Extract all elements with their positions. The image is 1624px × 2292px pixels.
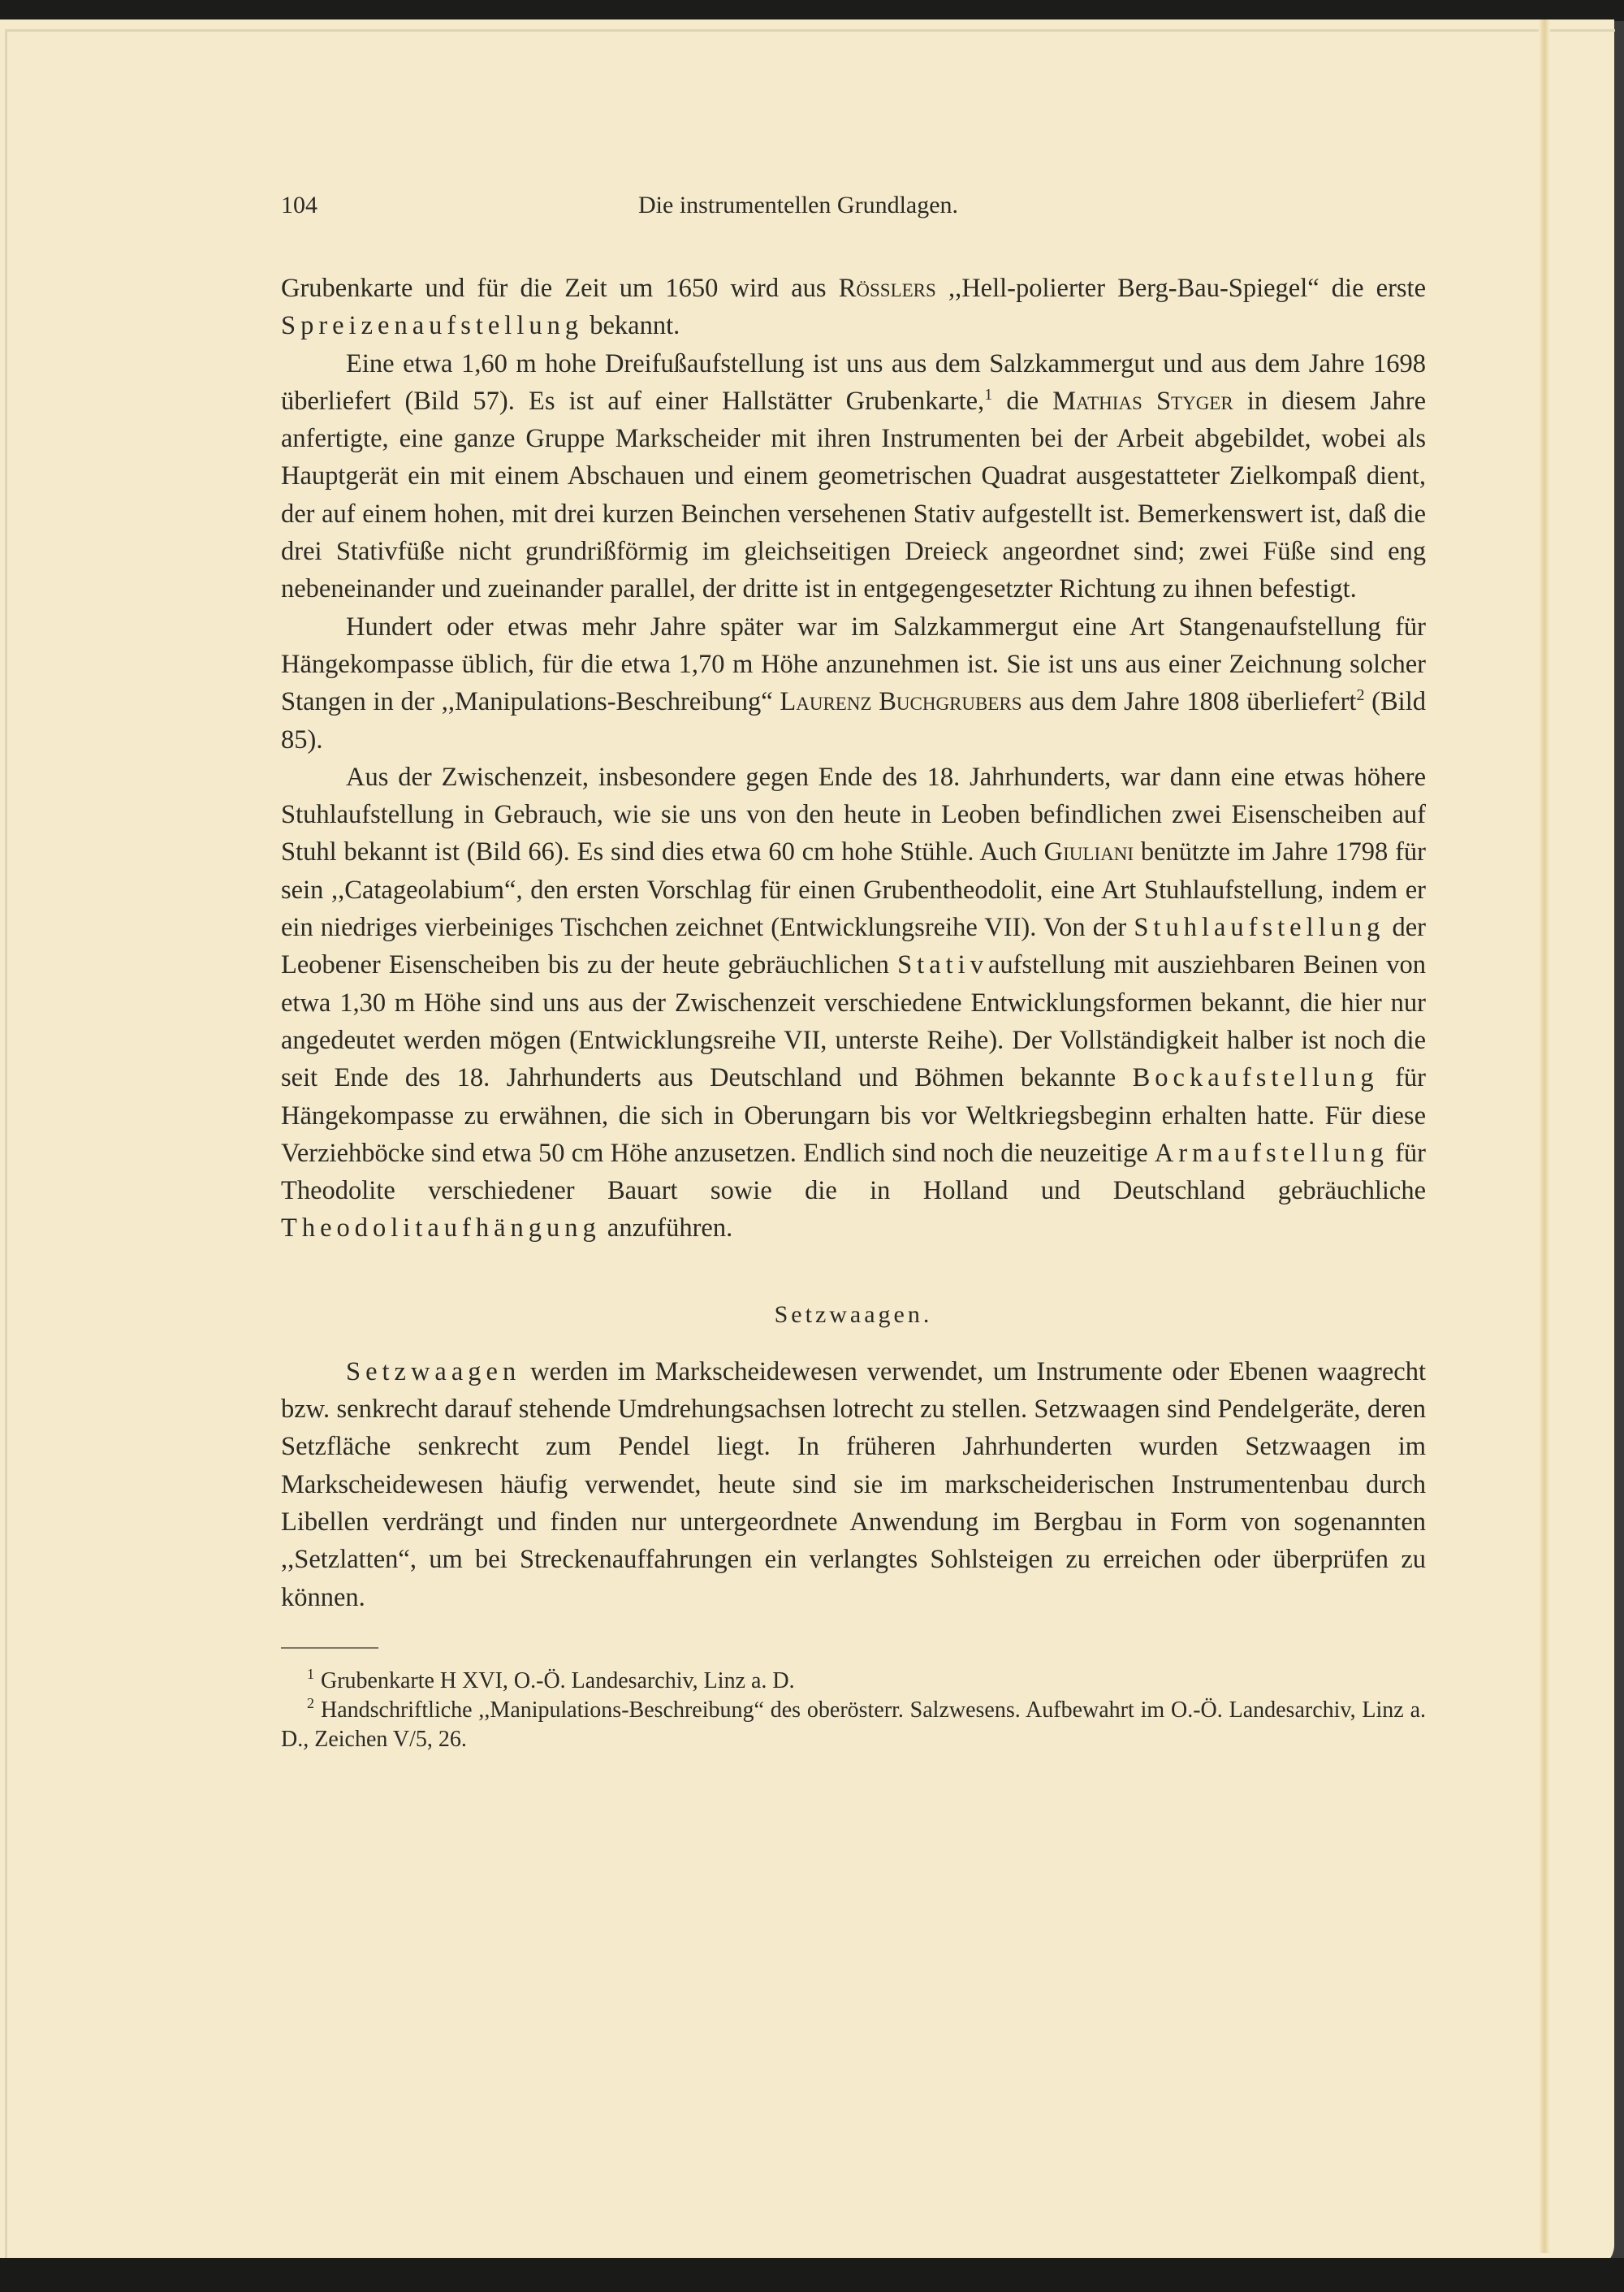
- text: anzuführen.: [601, 1213, 732, 1243]
- author-name: Laurenz Buchgrubers: [780, 687, 1021, 716]
- author-name: Rösslers: [839, 274, 936, 303]
- footnote-2: 2Handschriftliche ,,Manipulations-Beschr…: [281, 1696, 1426, 1754]
- emphasis-term: Bockaufstellung: [1133, 1063, 1379, 1092]
- author-name: Giuliani: [1044, 837, 1134, 867]
- author-name: Mathias Styger: [1052, 387, 1233, 416]
- paragraph-stangen: Hundert oder etwas mehr Jahre später war…: [281, 608, 1426, 759]
- footnote-text: Grubenkarte H XVI, O.-Ö. Landesarchiv, L…: [321, 1668, 795, 1693]
- footnote-mark: 2: [307, 1695, 314, 1711]
- emphasis-term: Stativ: [897, 950, 988, 980]
- emphasis-term: Armaufstellung: [1155, 1139, 1389, 1168]
- paragraph-dreifuss: Eine etwa 1,60 m hohe Dreifußaufstellung…: [281, 345, 1426, 608]
- emphasis-term: Setzwaagen: [346, 1357, 520, 1386]
- page-number: 104: [281, 192, 317, 219]
- text: aus dem Jahre 1808 überliefert: [1022, 687, 1357, 716]
- paragraph-zwischenzeit: Aus der Zwischenzeit, insbesondere gegen…: [281, 759, 1426, 1248]
- text: in diesem Jahre anfertigte, eine ganze G…: [281, 387, 1426, 603]
- paragraph-continuation: Grubenkarte und für die Zeit um 1650 wir…: [281, 270, 1426, 345]
- footnote-divider: [281, 1647, 378, 1649]
- text: werden im Markscheidewesen verwendet, um…: [281, 1357, 1426, 1612]
- paragraph-setzwaagen: Setzwaagen werden im Markscheidewesen ve…: [281, 1353, 1426, 1616]
- running-head: 104 Die instrumentellen Grundlagen.: [281, 187, 1426, 236]
- page-fold-gutter: [1539, 19, 1550, 2253]
- emphasis-term: Stuhlaufstellung: [1134, 913, 1384, 942]
- footnote-ref-2[interactable]: 2: [1356, 686, 1364, 704]
- text: Grubenkarte und für die Zeit um 1650 wir…: [281, 274, 839, 303]
- text: die: [992, 387, 1052, 416]
- footnote-mark: 1: [307, 1666, 314, 1682]
- text: bekannt.: [583, 311, 680, 340]
- emphasis-term: Theodolitaufhängung: [281, 1213, 601, 1243]
- scan-top-edge: [0, 0, 1624, 21]
- running-title: Die instrumentellen Grundlagen.: [638, 192, 958, 219]
- footnote-1: 1Grubenkarte H XVI, O.-Ö. Landesarchiv, …: [281, 1667, 1426, 1696]
- scan-bottom-edge: [0, 2258, 1624, 2292]
- footnote-ref-1[interactable]: 1: [984, 386, 992, 404]
- emphasis-term: Spreizenaufstellung: [281, 311, 583, 340]
- section-heading: Setzwaagen.: [281, 1301, 1426, 1329]
- footnote-text: Handschriftliche ,,Manipulations-Beschre…: [281, 1697, 1426, 1752]
- page-content: 104 Die instrumentellen Grundlagen. Grub…: [281, 187, 1426, 1754]
- text: ,,Hell-polierter Berg-Bau-Spiegel“ die e…: [936, 274, 1426, 303]
